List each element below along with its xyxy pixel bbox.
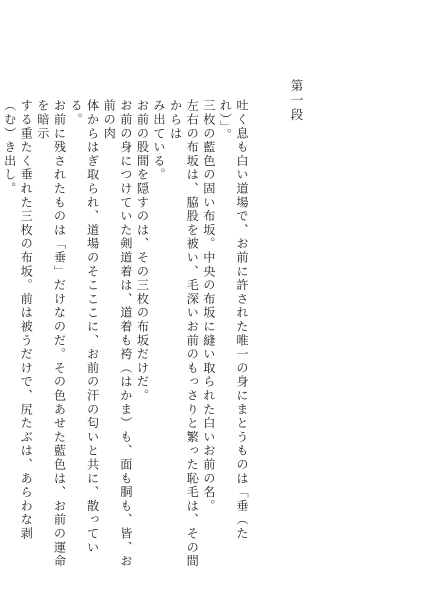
vertical-body-text: 吐く息も白い道場で、お前に許された唯一の身にまとうものは「垂（たれ）」。 三枚の…: [0, 99, 250, 569]
text-line: お前に残されたものは「垂」だけなのだ。その色あせた藍色は、お前の運命を暗示: [34, 99, 67, 569]
text-line: する重たく垂れた三枚の布坂。前は被うだけで、尻たぶは、あらわな剥（む）き出し。: [1, 99, 34, 569]
text-line: お前の股間を隠すのは、その三枚の布坂だけだ。: [134, 99, 151, 569]
text-line: 吐く息も白い道場で、お前に許された唯一の身にまとうものは「垂（たれ）」。: [217, 99, 250, 569]
text-line: お前は項垂（うなだ）れ、長い睫（まつげ）を重たげに伏せている。剃り跡も青々: [0, 99, 1, 569]
text-line: 左右の布坂は、脇股を被い、毛深いお前のもっさりと繁った恥毛は、その間からは: [167, 99, 200, 569]
text-line: 体からはぎ取られ、道場のそこここに、お前の汗の匂いと共に、散っている。: [67, 99, 100, 569]
text-line: お前の身につけていた剣道着は、道着も袴（はかま）も、面も胴も、皆、お前の肉: [101, 99, 134, 569]
section-title: 第一段: [289, 79, 303, 123]
document-page: 第一段 吐く息も白い道場で、お前に許された唯一の身にまとうものは「垂（たれ）」。…: [0, 0, 423, 600]
text-line: 三枚の藍色の固い布坂。中央の布坂に縫い取られた白いお前の名。: [200, 99, 217, 569]
text-line: み出ている。: [150, 99, 167, 569]
